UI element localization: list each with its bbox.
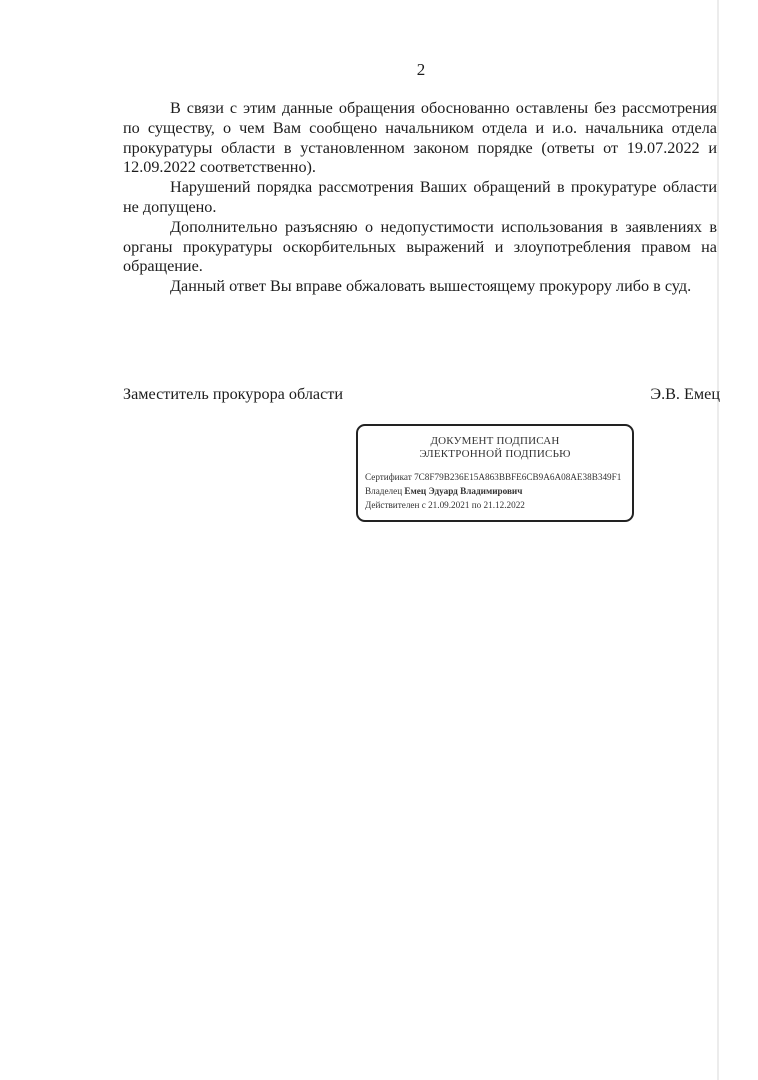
valid-from: 21.09.2021 xyxy=(428,500,469,510)
electronic-signature-stamp: ДОКУМЕНТ ПОДПИСАН ЭЛЕКТРОННОЙ ПОДПИСЬЮ С… xyxy=(356,424,634,522)
stamp-validity: Действителен с 21.09.2021 по 21.12.2022 xyxy=(358,498,632,512)
valid-to: 21.12.2022 xyxy=(484,500,525,510)
paragraph-no-violations: Нарушений порядка рассмотрения Ваших обр… xyxy=(123,178,717,218)
signatory-title: Заместитель прокурора области xyxy=(123,384,343,404)
valid-to-label: по xyxy=(472,500,482,510)
certificate-label: Сертификат xyxy=(365,472,412,482)
paragraph-clarification: Дополнительно разъясняю о недопустимости… xyxy=(123,218,717,277)
stamp-heading-line1: ДОКУМЕНТ ПОДПИСАН xyxy=(358,435,632,448)
paragraph-appeal-rights: Данный ответ Вы вправе обжаловать вышест… xyxy=(123,277,717,297)
valid-label: Действителен с xyxy=(365,500,426,510)
owner-label: Владелец xyxy=(365,486,402,496)
certificate-value: 7C8F79B236E15A863BBFE6CB9A6A08AE38B349F1 xyxy=(414,472,621,482)
page-edge-line xyxy=(717,0,719,1080)
stamp-owner: Владелец Емец Эдуард Владимирович xyxy=(358,484,632,498)
signatory-name: Э.В. Емец xyxy=(650,384,720,404)
owner-value: Емец Эдуард Владимирович xyxy=(404,486,522,496)
stamp-heading-line2: ЭЛЕКТРОННОЙ ПОДПИСЬЮ xyxy=(358,448,632,461)
page-number: 2 xyxy=(0,60,758,80)
stamp-certificate: Сертификат 7C8F79B236E15A863BBFE6CB9A6A0… xyxy=(358,470,632,484)
paragraph-reasoning: В связи с этим данные обращения обоснова… xyxy=(123,99,717,178)
letter-body: В связи с этим данные обращения обоснова… xyxy=(123,99,717,297)
